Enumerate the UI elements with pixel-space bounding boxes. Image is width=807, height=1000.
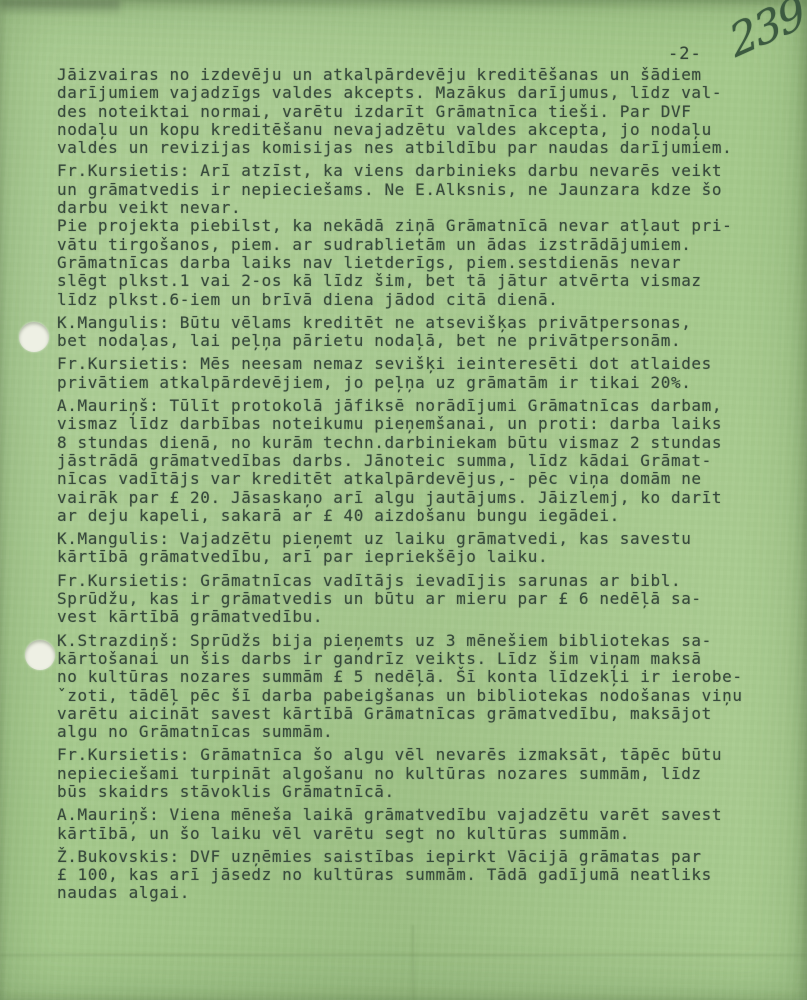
- paragraph: Fr.Kursietis: Mēs neesam nemaz sevišķi i…: [57, 355, 763, 392]
- paragraph: A.Mauriņš: Viena mēneša laikā grāmatvedī…: [57, 806, 763, 843]
- paragraph: Ž.Bukovskis: DVF uzņēmies saistības iepi…: [57, 848, 763, 903]
- paragraph: K.Mangulis: Būtu vēlams kreditēt ne atse…: [57, 314, 763, 351]
- hole-punch-bottom: [25, 640, 55, 670]
- paragraph: K.Mangulis: Vajadzētu pieņemt uz laiku g…: [57, 530, 763, 567]
- handwritten-archive-number: 239: [724, 0, 807, 68]
- paragraph: Fr.Kursietis: Grāmatnīca šo algu vēl nev…: [57, 746, 763, 801]
- paper-fold-horizontal: [0, 954, 807, 956]
- hole-punch-top: [19, 322, 49, 352]
- paragraph: K.Strazdiņš: Sprūdžs bija pieņemts uz 3 …: [57, 632, 763, 742]
- paragraph: Jāizvairas no izdevēju un atkalpārdevēju…: [57, 66, 763, 157]
- scanned-page: -2- 239 Jāizvairas no izdevēju un atkalp…: [0, 0, 807, 1000]
- document-text: Jāizvairas no izdevēju un atkalpārdevēju…: [57, 66, 763, 908]
- paragraph: Fr.Kursietis: Grāmatnīcas vadītājs ievad…: [57, 572, 763, 627]
- scan-edge-shadow: [0, 0, 120, 16]
- paragraph: Fr.Kursietis: Arī atzīst, ka viens darbi…: [57, 162, 763, 308]
- paragraph: A.Mauriņš: Tūlīt protokolā jāfiksē norād…: [57, 397, 763, 525]
- page-number: -2-: [668, 44, 702, 64]
- paper-fold-vertical: [412, 925, 414, 1000]
